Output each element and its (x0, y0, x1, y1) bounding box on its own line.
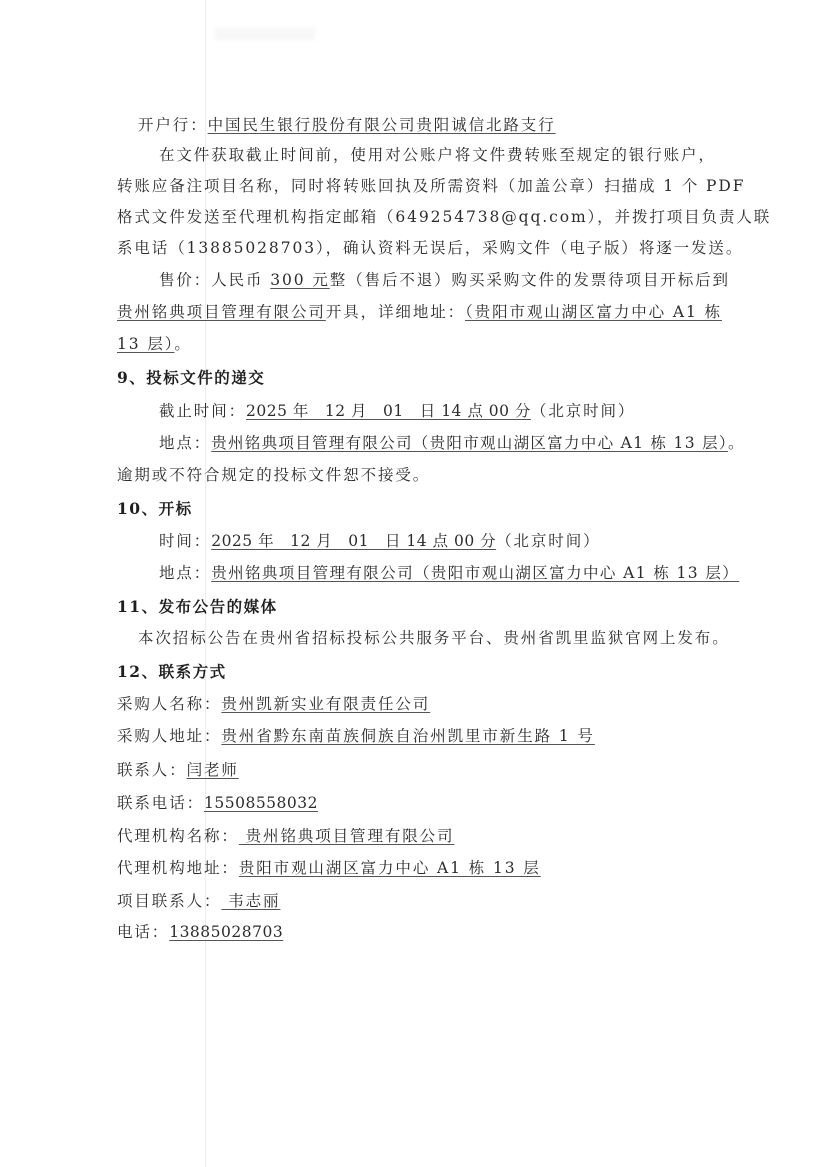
bank-line: 开户行：中国民生银行股份有限公司贵阳诚信北路支行 (138, 115, 556, 135)
opening-location-value: 贵州铭典项目管理有限公司（贵阳市观山湖区富力中心 A1 栋 13 层） (211, 564, 739, 582)
transfer-paragraph-line-2: 转账应备注项目名称，同时将转账回执及所需资料（加盖公章）扫描成 1 个 PDF (117, 176, 745, 196)
document-page: 开户行：中国民生银行股份有限公司贵阳诚信北路支行 在文件获取截止时间前，使用对公… (0, 0, 825, 1167)
section-10-heading: 10、开标 (117, 499, 193, 519)
invoice-issue-text: 开具，详细地址： (326, 303, 465, 321)
section-9-note: 逾期或不符合规定的投标文件恕不接受。 (117, 465, 430, 485)
price-label: 售价：人民币 (159, 271, 270, 289)
opening-time-suffix: （北京时间） (496, 532, 600, 550)
section-9-heading: 9、投标文件的递交 (117, 368, 265, 388)
deadline-suffix: （北京时间） (531, 402, 635, 420)
section-11-heading: 11、发布公告的媒体 (117, 597, 278, 617)
price-line-3: 13 层）。 (117, 334, 192, 354)
price-line-2: 贵州铭典项目管理有限公司开具，详细地址：（贵阳市观山湖区富力中心 A1 栋 (117, 302, 722, 322)
contact-label: 代理机构名称： (117, 827, 239, 845)
submission-location-value: 贵州铭典项目管理有限公司（贵阳市观山湖区富力中心 A1 栋 13 层） (211, 434, 728, 452)
section-12-heading: 12、联系方式 (117, 662, 227, 682)
section-11-text: 本次招标公告在贵州省招标投标公共服务平台、贵州省凯里监狱官网上发布。 (138, 628, 730, 648)
section-10-time: 时间：2025 年 12 月 01 日 14 点 00 分（北京时间） (159, 531, 601, 551)
submission-location-end: 。 (728, 434, 745, 452)
contact-purchaser-address: 采购人地址：贵州省黔东南苗族侗族自治州凯里市新生路 1 号 (117, 726, 595, 746)
contact-value: 13885028703 (169, 923, 283, 941)
scan-bleed-through (215, 28, 315, 40)
contact-value: 贵阳市观山湖区富力中心 A1 栋 13 层 (239, 859, 541, 877)
contact-value: 贵州省黔东南苗族侗族自治州凯里市新生路 1 号 (221, 727, 594, 745)
invoice-address-part2: 13 层） (117, 335, 174, 353)
section-9-deadline: 截止时间：2025 年 12 月 01 日 14 点 00 分（北京时间） (159, 401, 635, 421)
contact-person: 联系人：闫老师 (117, 760, 239, 780)
transfer-paragraph-line-4: 系电话（13885028703），确认资料无误后，采购文件（电子版）将逐一发送。 (117, 238, 743, 258)
contact-agency-address: 代理机构地址：贵阳市观山湖区富力中心 A1 栋 13 层 (117, 858, 541, 878)
opening-time-value: 2025 年 12 月 01 日 14 点 00 分 (211, 532, 496, 550)
price-amount: 300 元 (270, 271, 330, 289)
price-text: 整（售后不退）购买采购文件的发票待项目开标后到 (330, 271, 730, 289)
contact-agency-phone: 电话：13885028703 (117, 922, 283, 942)
contact-purchaser-name: 采购人名称：贵州凯新实业有限责任公司 (117, 694, 430, 714)
opening-time-label: 时间： (159, 532, 211, 550)
opening-location-label: 地点： (159, 564, 211, 582)
deadline-label: 截止时间： (159, 402, 246, 420)
section-9-location: 地点：贵州铭典项目管理有限公司（贵阳市观山湖区富力中心 A1 栋 13 层）。 (159, 433, 745, 453)
contact-label: 联系人： (117, 761, 187, 779)
contact-value: 闫老师 (187, 761, 239, 779)
bank-value: 中国民生银行股份有限公司贵阳诚信北路支行 (208, 116, 556, 134)
invoice-address-end: 。 (174, 335, 191, 353)
price-line-1: 售价：人民币 300 元整（售后不退）购买采购文件的发票待项目开标后到 (159, 270, 730, 290)
contact-label: 代理机构地址： (117, 859, 239, 877)
contact-value: 贵州铭典项目管理有限公司 (239, 827, 455, 845)
bank-label: 开户行： (138, 116, 208, 134)
transfer-paragraph-line-3: 格式文件发送至代理机构指定邮箱（649254738@qq.com），并拨打项目负… (117, 207, 771, 227)
contact-value: 15508558032 (204, 794, 318, 812)
contact-value: 贵州凯新实业有限责任公司 (221, 695, 430, 713)
invoice-address-part1: （贵阳市观山湖区富力中心 A1 栋 (465, 303, 722, 321)
contact-project-person: 项目联系人： 韦志丽 (117, 891, 280, 911)
transfer-paragraph-line-1: 在文件获取截止时间前，使用对公账户将文件费转账至规定的银行账户， (159, 145, 716, 165)
contact-label: 采购人地址： (117, 727, 221, 745)
contact-label: 电话： (117, 923, 169, 941)
contact-label: 项目联系人： (117, 892, 221, 910)
deadline-value: 2025 年 12 月 01 日 14 点 00 分 (246, 402, 531, 420)
contact-label: 采购人名称： (117, 695, 221, 713)
contact-agency-name: 代理机构名称： 贵州铭典项目管理有限公司 (117, 826, 454, 846)
section-10-location: 地点：贵州铭典项目管理有限公司（贵阳市观山湖区富力中心 A1 栋 13 层） (159, 563, 739, 583)
contact-phone: 联系电话：15508558032 (117, 793, 318, 813)
contact-value: 韦志丽 (221, 892, 280, 910)
submission-location-label: 地点： (159, 434, 211, 452)
contact-label: 联系电话： (117, 794, 204, 812)
invoice-agency: 贵州铭典项目管理有限公司 (117, 303, 326, 321)
